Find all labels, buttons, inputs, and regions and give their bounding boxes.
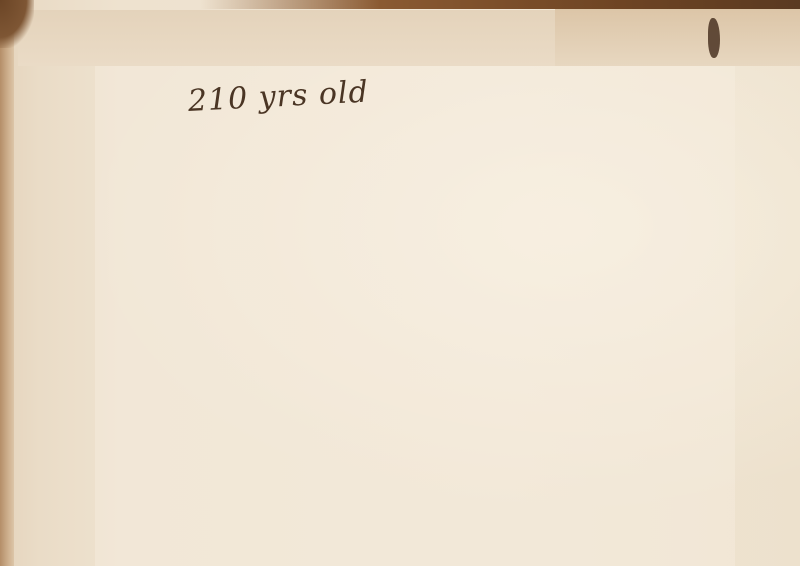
inner-paper-area bbox=[95, 66, 735, 566]
left-worn-edge bbox=[0, 0, 14, 566]
top-discolored-band bbox=[18, 10, 558, 66]
aged-paper-page: 210 yrs old bbox=[0, 0, 800, 566]
top-left-corner-damage bbox=[0, 0, 34, 48]
ink-stain bbox=[708, 18, 720, 58]
top-right-stained-band bbox=[555, 8, 800, 66]
top-damaged-edge bbox=[200, 0, 800, 9]
